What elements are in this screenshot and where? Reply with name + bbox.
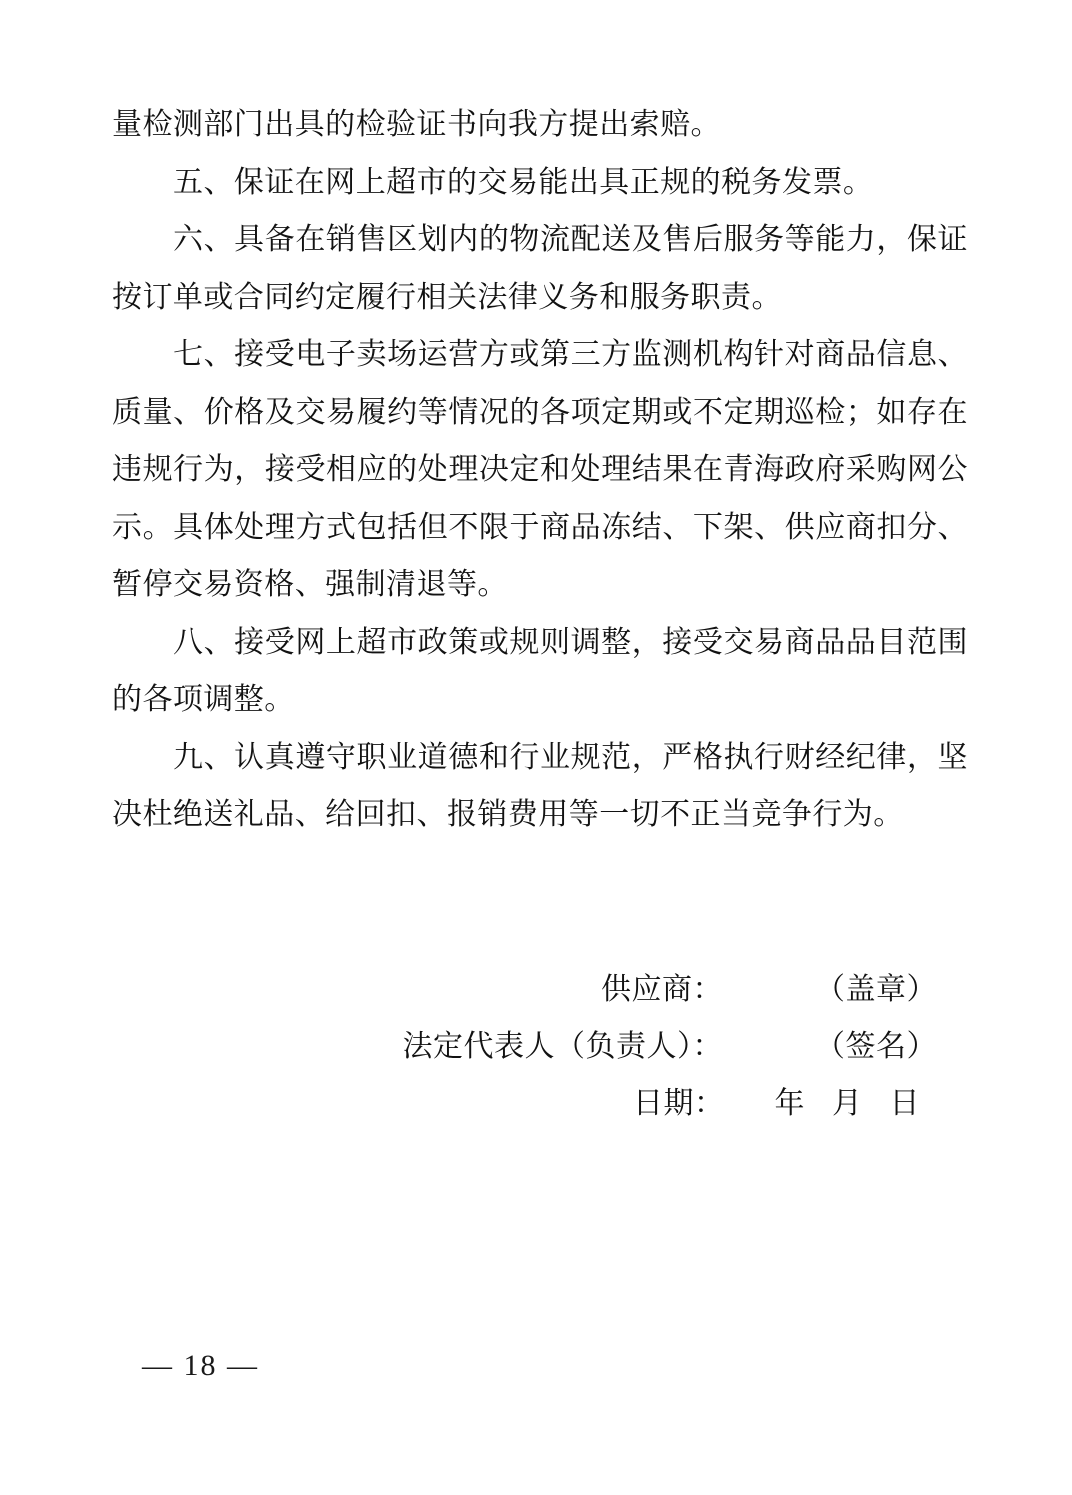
date-line: 日期： 年 月 日 — [112, 1075, 968, 1132]
supplier-fill-in-space — [723, 998, 815, 999]
supplier-label: 供应商： — [601, 961, 723, 1018]
month-fill-in-space — [863, 1112, 890, 1113]
document-body: 量检测部门出具的检验证书向我方提出索赔。 五、保证在网上超市的交易能出具正规的税… — [112, 96, 968, 844]
clause-8-paragraph: 八、接受网上超市政策或规则调整，接受交易商品品目范围的各项调整。 — [112, 614, 968, 729]
clause-6-paragraph: 六、具备在销售区划内的物流配送及售后服务等能力，保证按订单或合同约定履行相关法律… — [112, 211, 968, 326]
date-fill-in-space — [725, 1112, 775, 1113]
supplier-line: 供应商： （盖章） — [112, 961, 968, 1018]
signature-block: 供应商： （盖章） 法定代表人（负责人）： （签名） 日期： 年 月 日 — [112, 961, 968, 1132]
clause-5-paragraph: 五、保证在网上超市的交易能出具正规的税务发票。 — [112, 154, 968, 212]
representative-line: 法定代表人（负责人）： （签名） — [112, 1018, 968, 1075]
month-label: 月 — [832, 1075, 863, 1132]
sign-label: （签名） — [815, 1018, 937, 1075]
year-label: 年 — [775, 1075, 806, 1132]
continuation-paragraph: 量检测部门出具的检验证书向我方提出索赔。 — [112, 96, 968, 154]
clause-9-paragraph: 九、认真遵守职业道德和行业规范，严格执行财经纪律，坚决杜绝送礼品、给回扣、报销费… — [112, 729, 968, 844]
day-label: 日 — [890, 1075, 921, 1132]
page-number: — 18 — — [142, 1348, 259, 1384]
date-label: 日期： — [633, 1075, 725, 1132]
clause-7-paragraph: 七、接受电子卖场运营方或第三方监测机构针对商品信息、质量、价格及交易履约等情况的… — [112, 326, 968, 614]
year-fill-in-space — [805, 1112, 832, 1113]
representative-label: 法定代表人（负责人）： — [403, 1018, 724, 1075]
document-page: 量检测部门出具的检验证书向我方提出索赔。 五、保证在网上超市的交易能出具正规的税… — [0, 0, 1072, 1495]
seal-label: （盖章） — [815, 961, 937, 1018]
representative-fill-in-space — [723, 1055, 815, 1056]
